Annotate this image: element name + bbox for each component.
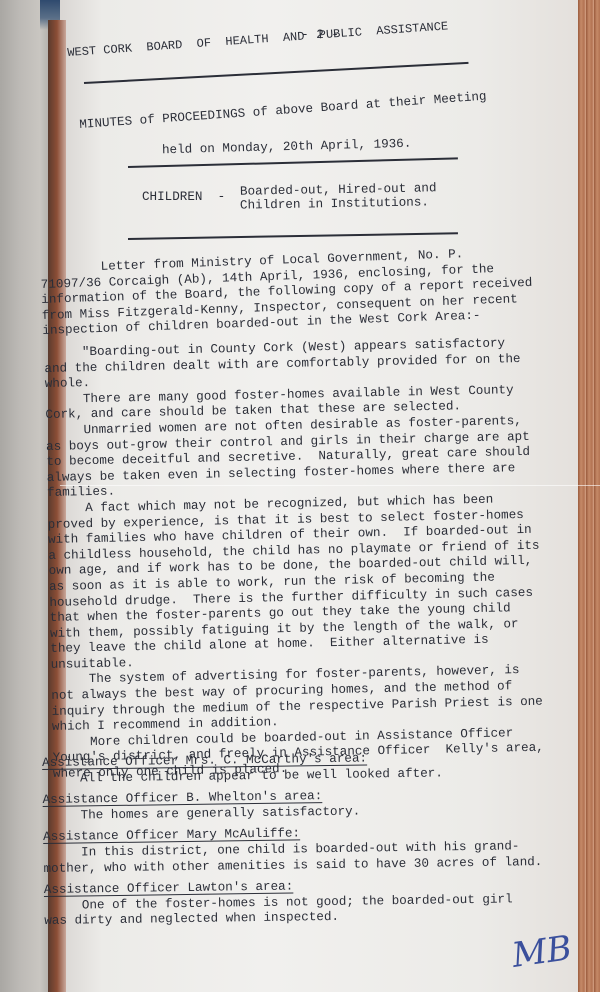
page-edges [578, 0, 600, 992]
report-body: "Boarding-out in County Cork (West) appe… [44, 336, 544, 783]
subject-label: CHILDREN - [142, 190, 225, 206]
signature-initials: MB [510, 928, 575, 976]
subject-line-2: Children in Institutions. [240, 195, 429, 214]
area-reports: Assistance Officer Mrs. C. McCarthy's ar… [42, 749, 543, 930]
